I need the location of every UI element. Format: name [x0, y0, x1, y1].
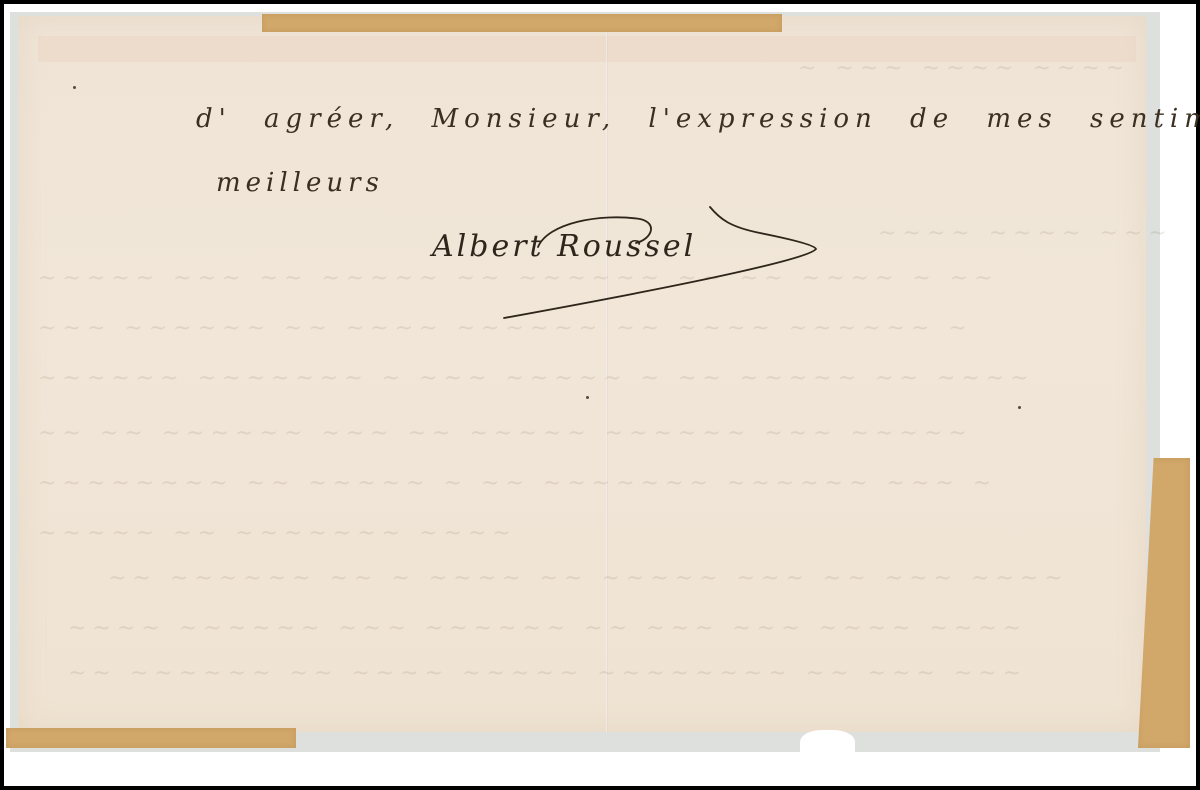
- bleed-through-line: ~~~~ ~~~~~~ ~~~ ~~~~~~ ~~ ~~~ ~~~ ~~~~ ~…: [68, 616, 1027, 641]
- ink-speck: [1018, 406, 1021, 409]
- ink-speck: [586, 396, 589, 399]
- signature-flourish-icon: [430, 205, 830, 330]
- signature: Albert Roussel: [430, 205, 830, 330]
- tape-strip-top: [262, 14, 782, 32]
- signature-name: Albert Roussel: [432, 229, 696, 264]
- paper-stain-band: [38, 36, 1136, 62]
- bleed-through-line: ~~~~~~~~ ~~ ~~~~~ ~ ~~ ~~~~~~~ ~~~~~~ ~~…: [38, 471, 997, 496]
- ink-speck: [73, 86, 76, 89]
- bleed-through-line: ~~~~~~ ~~~~~~~ ~ ~~~ ~~~~~ ~ ~~ ~~~~~ ~~…: [38, 366, 1035, 391]
- bleed-through-line: ~~~~~ ~~ ~~~~~~~ ~~~~: [38, 521, 517, 546]
- tape-strip-bottom: [6, 728, 296, 748]
- bleed-through-line: ~~ ~~~~~~ ~~ ~ ~~~~ ~~ ~~~~~ ~~~ ~~ ~~~ …: [108, 566, 1069, 591]
- bleed-through-line: ~~ ~~~~~~ ~~ ~~~~ ~~~~~ ~~~~~~~~ ~~ ~~~ …: [68, 661, 1027, 686]
- letter-line-1: d' agréer, Monsieur, l'expression de mes…: [196, 104, 1200, 134]
- torn-edge: [800, 730, 855, 760]
- bleed-through-line: ~~ ~~ ~~~~~~ ~~~ ~~ ~~~~~ ~~~~~~ ~~~ ~~~…: [38, 421, 973, 446]
- letter-line-2: meilleurs: [216, 168, 384, 198]
- bleed-through-line: ~~~~ ~~~~ ~~~: [878, 221, 1173, 246]
